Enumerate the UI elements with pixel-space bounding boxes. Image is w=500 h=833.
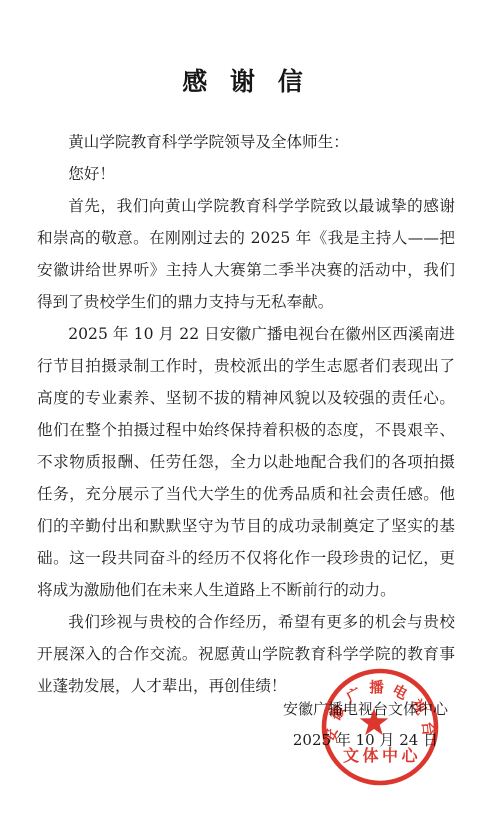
official-seal-stamp: 安徽广播电视台 文体中心 xyxy=(319,666,441,788)
letter-greeting: 您好！ xyxy=(37,158,455,190)
letter-salutation: 黄山学院教育科学学院领导及全体师生： xyxy=(37,126,455,158)
star-icon xyxy=(360,708,389,735)
letter-page: 感 谢 信 黄山学院教育科学学院领导及全体师生： 您好！ 首先，我们向黄山学院教… xyxy=(0,0,500,833)
letter-paragraph-1: 首先，我们向黄山学院教育科学学院致以最诚挚的感谢和崇高的敬意。在刚刚过去的 20… xyxy=(37,190,455,318)
letter-title: 感 谢 信 xyxy=(37,62,455,98)
letter-body: 黄山学院教育科学学院领导及全体师生： 您好！ 首先，我们向黄山学院教育科学学院致… xyxy=(37,126,455,702)
letter-paragraph-2: 2025 年 10 月 22 日安徽广播电视台在徽州区西溪南进行节目拍摄录制工作… xyxy=(37,318,455,606)
seal-center-text: 文体中心 xyxy=(343,746,421,765)
